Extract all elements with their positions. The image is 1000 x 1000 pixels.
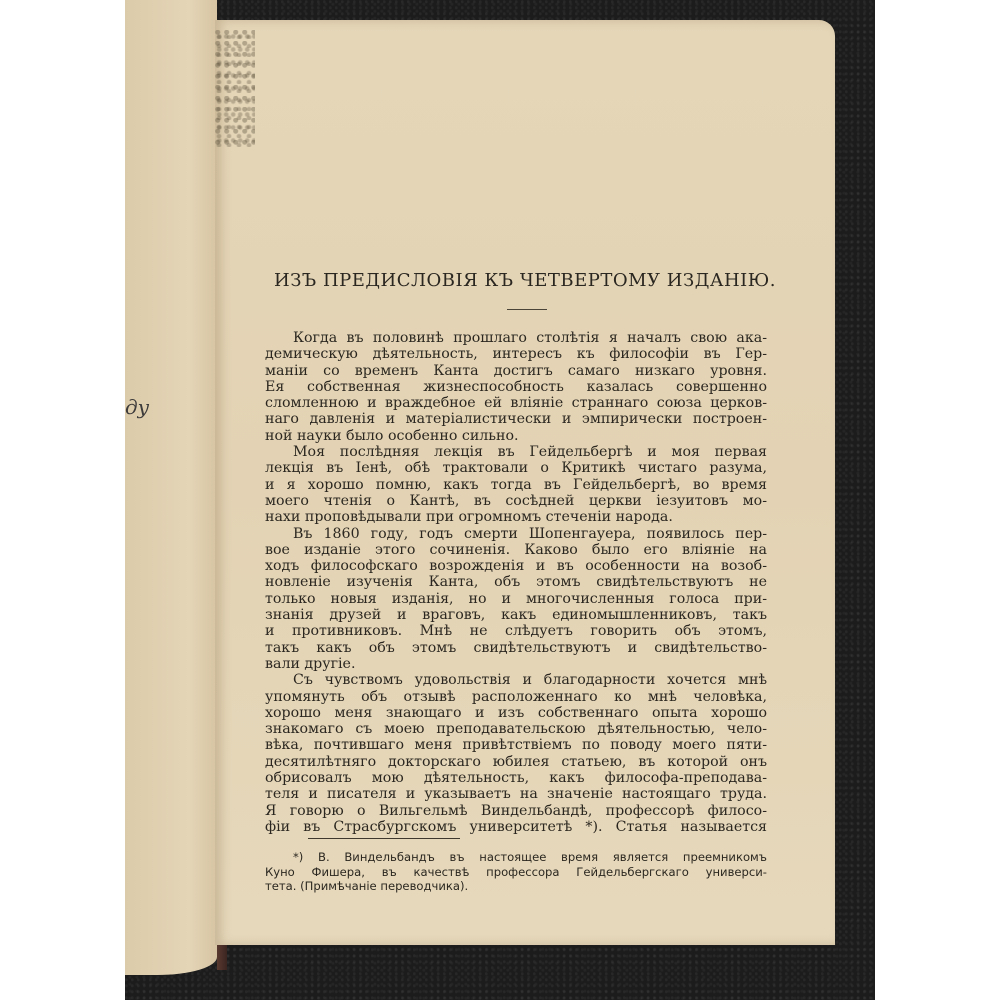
text-line: хорошо меня знающаго и изъ собственнаго …	[265, 705, 767, 721]
text-line: вали другіе.	[265, 656, 767, 672]
text-line: обрисовалъ мою дѣятельность, какъ филосо…	[265, 770, 767, 786]
text-line: Ея собственная жизнеспособность казалась…	[265, 379, 767, 395]
text-line: новленіе изученія Канта, объ этомъ свидѣ…	[265, 574, 767, 590]
foxing-stain	[215, 30, 255, 150]
footnote-divider	[308, 838, 460, 839]
text-line: сломленною и враждебное ей вліяніе стран…	[265, 395, 767, 411]
text-line: Въ 1860 году, годъ смерти Шопенгауера, п…	[265, 526, 767, 542]
text-line: десятилѣтняго докторскаго юбилея статьею…	[265, 754, 767, 770]
text-line: маніи со временъ Канта достигъ самаго ни…	[265, 363, 767, 379]
text-line: и противниковъ. Мнѣ не слѣдуетъ говорить…	[265, 623, 767, 639]
text-line: только новыя изданія, но и многочисленны…	[265, 591, 767, 607]
text-line: демическую дѣятельность, интересъ къ фил…	[265, 346, 767, 362]
text-line: Съ чувствомъ удовольствія и благодарност…	[265, 672, 767, 688]
footnote: *) В. Виндельбандъ въ настоящее время яв…	[265, 850, 767, 894]
text-line: ной науки было особенно сильно.	[265, 428, 767, 444]
text-line: вѣка, почтившаго меня привѣтствіемъ по п…	[265, 737, 767, 753]
text-line: наго давленія и матеріалистически и эмпи…	[265, 411, 767, 427]
text-line: такъ какъ объ этомъ свидѣтельствуютъ и с…	[265, 640, 767, 656]
text-line: и я хорошо помню, какъ тогда въ Гейдельб…	[265, 477, 767, 493]
footnote-line: тета. (Примѣчаніе переводчика).	[265, 879, 767, 894]
text-line: Когда въ половинѣ прошлаго столѣтія я на…	[265, 330, 767, 346]
right-page: ИЗЪ ПРЕДИСЛОВІЯ КЪ ЧЕТВЕРТОМУ ИЗДАНІЮ. К…	[215, 20, 835, 945]
body-text: Когда въ половинѣ прошлаго столѣтія я на…	[265, 330, 767, 835]
footnote-line: *) В. Виндельбандъ въ настоящее время яв…	[265, 850, 767, 865]
text-line: нахи проповѣдывали при огромномъ стечені…	[265, 509, 767, 525]
text-line: упомянуть объ отзывѣ расположеннаго ко м…	[265, 689, 767, 705]
text-line: Моя послѣдняя лекція въ Гейдельбергѣ и м…	[265, 444, 767, 460]
text-line: знакомаго съ моею преподавательскою дѣят…	[265, 721, 767, 737]
text-line: лекція въ Іенѣ, обѣ трактовали о Критикѣ…	[265, 460, 767, 476]
book-photo: ду ИЗЪ ПРЕДИСЛОВІЯ КЪ ЧЕТВЕРТОМУ ИЗДАНІЮ…	[125, 0, 875, 1000]
handwritten-note: ду	[125, 395, 149, 419]
text-line: Я говорю о Вильгельмѣ Виндельбандѣ, проф…	[265, 803, 767, 819]
text-line: моего чтенія о Кантѣ, въ сосѣдней церкви…	[265, 493, 767, 509]
text-line: теля и писателя и указываетъ на значеніе…	[265, 786, 767, 802]
page-heading: ИЗЪ ПРЕДИСЛОВІЯ КЪ ЧЕТВЕРТОМУ ИЗДАНІЮ.	[215, 270, 835, 291]
text-line: фіи въ Страсбургскомъ университетѣ *). С…	[265, 819, 767, 835]
text-line: знанія друзей и враговъ, какъ единомышле…	[265, 607, 767, 623]
left-page: ду	[125, 0, 217, 975]
text-line: ходъ философскаго возрожденія и въ особе…	[265, 558, 767, 574]
text-line: вое изданіе этого сочиненія. Каково было…	[265, 542, 767, 558]
heading-divider	[507, 309, 547, 310]
footnote-line: Куно Фишера, въ качествѣ профессора Гейд…	[265, 865, 767, 880]
